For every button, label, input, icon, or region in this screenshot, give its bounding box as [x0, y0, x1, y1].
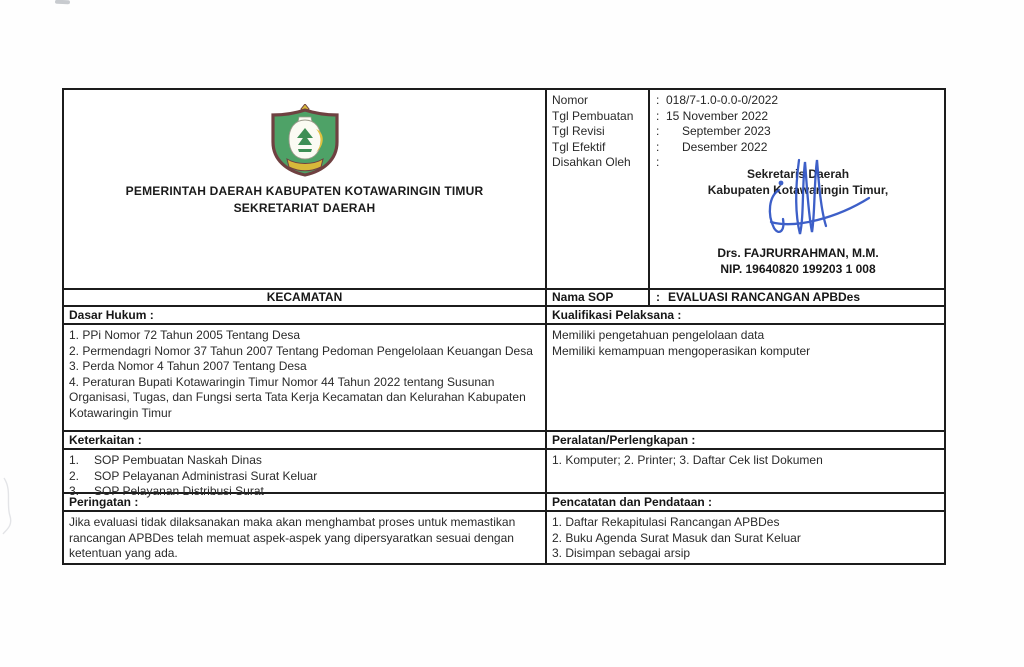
meta-label: Nomor	[552, 93, 648, 109]
meta-value-column: :018/7-1.0-0.0-0/2022 :15 November 2022 …	[652, 90, 944, 171]
approver-identity: Drs. FAJRURRAHMAN, M.M. NIP. 19640820 19…	[652, 245, 944, 277]
colon: :	[652, 291, 668, 304]
sop-name-label: Nama SOP	[547, 290, 650, 305]
related-sop-item: 2. SOP Pelayanan Administrasi Surat Kelu…	[69, 469, 539, 485]
legal-basis-item: 1. PPi Nomor 72 Tahun 2005 Tentang Desa	[69, 328, 539, 344]
keterkaitan-list: 1. SOP Pembuatan Naskah Dinas 2. SOP Pel…	[64, 450, 547, 492]
section-header-row: Dasar Hukum : Kualifikasi Pelaksana :	[64, 307, 944, 325]
kualifikasi-list: Memiliki pengetahuan pengelolaan data Me…	[547, 325, 944, 430]
scan-artifact	[0, 476, 22, 536]
meta-label: Tgl Revisi	[552, 124, 648, 140]
content-row: 1. SOP Pembuatan Naskah Dinas 2. SOP Pel…	[64, 450, 944, 494]
sop-name-value: EVALUASI RANCANGAN APBDes	[668, 291, 860, 304]
content-row: Jika evaluasi tidak dilaksanakan maka ak…	[64, 512, 944, 563]
approver-title-line1: Sekretaris Daerah	[652, 166, 944, 182]
approver-title-line2: Kabupaten Kotawaringin Timur,	[652, 182, 944, 198]
approver-title: Sekretaris Daerah Kabupaten Kotawaringin…	[652, 166, 944, 198]
sop-meta-cell: Nomor Tgl Pembuatan Tgl Revisi Tgl Efekt…	[547, 90, 944, 288]
colon: :	[652, 140, 666, 156]
unit-name: KECAMATAN	[64, 290, 547, 305]
scanned-document-page: PEMERINTAH DAERAH KABUPATEN KOTAWARINGIN…	[0, 0, 1024, 667]
meta-value: September 2023	[666, 124, 944, 140]
peralatan-line: 1. Komputer; 2. Printer; 3. Daftar Cek l…	[547, 450, 944, 492]
item-number: 2.	[69, 469, 94, 485]
qualification-item: Memiliki kemampuan mengoperasikan komput…	[552, 344, 938, 360]
header-row: PEMERINTAH DAERAH KABUPATEN KOTAWARINGIN…	[64, 90, 944, 290]
org-title-line2: SEKRETARIAT DAERAH	[64, 200, 545, 217]
sop-name-cell: Nama SOP : EVALUASI RANCANGAN APBDes	[547, 290, 944, 305]
org-header-cell: PEMERINTAH DAERAH KABUPATEN KOTAWARINGIN…	[64, 90, 547, 288]
related-sop-item: 1. SOP Pembuatan Naskah Dinas	[69, 453, 539, 469]
kualifikasi-title: Kualifikasi Pelaksana :	[547, 307, 944, 323]
qualification-item: Memiliki pengetahuan pengelolaan data	[552, 328, 938, 344]
regency-seal-logo	[267, 104, 343, 181]
peringatan-title: Peringatan :	[64, 494, 547, 510]
record-item: 2. Buku Agenda Surat Masuk dan Surat Kel…	[552, 531, 938, 547]
pencatatan-title: Pencatatan dan Pendataan :	[547, 494, 944, 510]
legal-basis-item: 2. Permendagri Nomor 37 Tahun 2007 Tenta…	[69, 344, 539, 360]
colon: :	[652, 109, 666, 125]
org-title: PEMERINTAH DAERAH KABUPATEN KOTAWARINGIN…	[64, 183, 545, 216]
legal-basis-item: 4. Peraturan Bupati Kotawaringin Timur N…	[69, 375, 539, 422]
colon: :	[652, 93, 666, 109]
colon: :	[652, 124, 666, 140]
section-header-row: Keterkaitan : Peralatan/Perlengkapan :	[64, 432, 944, 450]
pencatatan-list: 1. Daftar Rekapitulasi Rancangan APBDes …	[547, 512, 944, 563]
approver-name: Drs. FAJRURRAHMAN, M.M.	[652, 245, 944, 261]
scan-artifact	[55, 0, 70, 4]
sop-form-table: PEMERINTAH DAERAH KABUPATEN KOTAWARINGIN…	[62, 88, 946, 565]
peralatan-title: Peralatan/Perlengkapan :	[547, 432, 944, 448]
item-text: SOP Pelayanan Administrasi Surat Keluar	[94, 469, 539, 485]
meta-label: Disahkan Oleh	[552, 155, 648, 171]
keterkaitan-title: Keterkaitan :	[64, 432, 547, 448]
section-header-row: Peringatan : Pencatatan dan Pendataan :	[64, 494, 944, 512]
meta-value: 15 November 2022	[666, 109, 944, 125]
org-title-line1: PEMERINTAH DAERAH KABUPATEN KOTAWARINGIN…	[64, 183, 545, 200]
item-text: SOP Pembuatan Naskah Dinas	[94, 453, 539, 469]
dasar-hukum-title: Dasar Hukum :	[64, 307, 547, 323]
unit-row: KECAMATAN Nama SOP : EVALUASI RANCANGAN …	[64, 290, 944, 307]
record-item: 3. Disimpan sebagai arsip	[552, 546, 938, 562]
item-number: 1.	[69, 453, 94, 469]
peringatan-text: Jika evaluasi tidak dilaksanakan maka ak…	[64, 512, 547, 563]
meta-label-column: Nomor Tgl Pembuatan Tgl Revisi Tgl Efekt…	[547, 90, 650, 288]
meta-label: Tgl Pembuatan	[552, 109, 648, 125]
record-item: 1. Daftar Rekapitulasi Rancangan APBDes	[552, 515, 938, 531]
content-row: 1. PPi Nomor 72 Tahun 2005 Tentang Desa …	[64, 325, 944, 432]
meta-value: 018/7-1.0-0.0-0/2022	[666, 93, 944, 109]
approver-nip: NIP. 19640820 199203 1 008	[652, 261, 944, 277]
meta-label: Tgl Efektif	[552, 140, 648, 156]
dasar-hukum-list: 1. PPi Nomor 72 Tahun 2005 Tentang Desa …	[64, 325, 547, 430]
legal-basis-item: 3. Perda Nomor 4 Tahun 2007 Tentang Desa	[69, 359, 539, 375]
meta-value: Desember 2022	[666, 140, 944, 156]
